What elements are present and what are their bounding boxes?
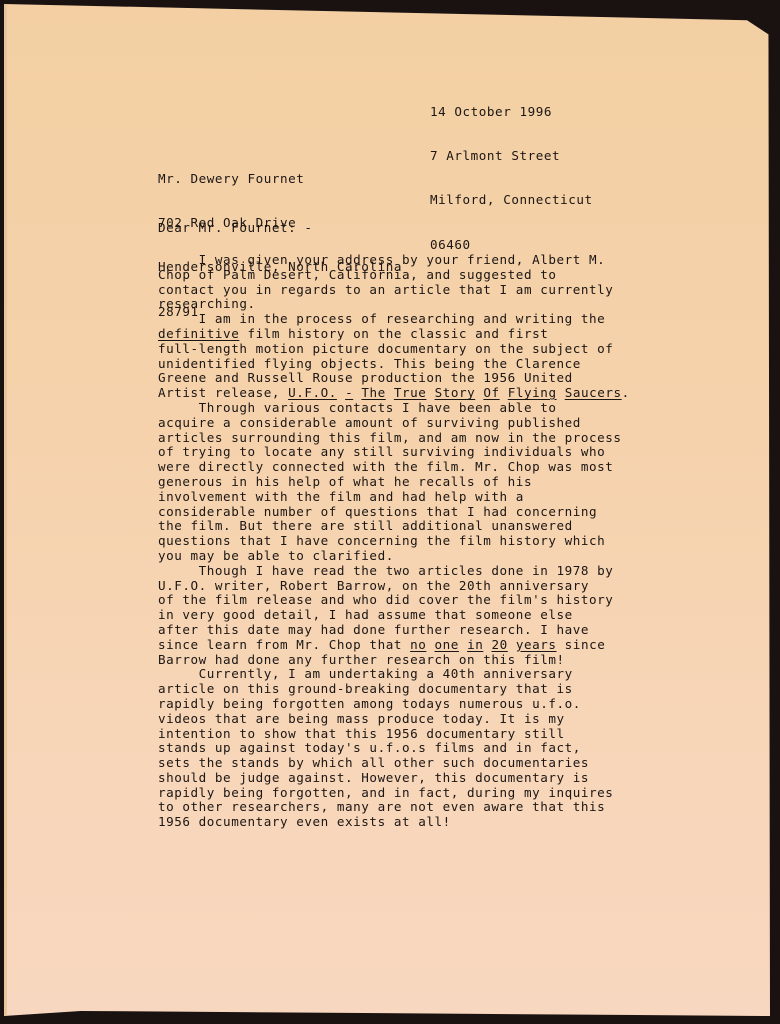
underlined-text: Story [435,385,476,400]
underlined-text: one [435,637,459,652]
body-line: I was given your address by your friend,… [158,253,630,268]
body-line: Artist release, U.F.O. - The True Story … [158,386,630,401]
underlined-text: in [467,637,483,652]
text-run: film history on the classic and first [239,326,548,341]
text-run: contact you in regards to an article tha… [158,282,613,297]
text-run: generous in his help of what he recalls … [158,474,532,489]
underlined-text: no [410,637,426,652]
text-run: 1956 documentary even exists at all! [158,814,451,829]
text-run: I was given your address by your friend,… [158,252,605,267]
text-run [459,637,467,652]
paper-edge [4,4,7,1016]
body-line: full-length motion picture documentary o… [158,342,630,357]
letter-date: 14 October 1996 [430,105,593,120]
body-line: U.F.O. writer, Robert Barrow, on the 20t… [158,579,630,594]
text-run: U.F.O. writer, Robert Barrow, on the 20t… [158,578,589,593]
body-line: acquire a considerable amount of survivi… [158,416,630,431]
body-line: sets the stands by which all other such … [158,756,630,771]
body-line: rapidly being forgotten, and in fact, du… [158,786,630,801]
text-run: the film. But there are still additional… [158,518,573,533]
body-line: Chop of Palm Desert, California, and sug… [158,268,630,283]
underlined-text: Saucers [565,385,622,400]
underlined-text: 20 [491,637,507,652]
text-run: involvement with the film and had help w… [158,489,524,504]
body-line: involvement with the film and had help w… [158,490,630,505]
text-run: after this date may had done further res… [158,622,589,637]
underlined-text: definitive [158,326,239,341]
text-run: to other researchers, many are not even … [158,799,605,814]
text-run: article on this ground-breaking document… [158,681,573,696]
body-line: considerable number of questions that I … [158,505,630,520]
body-line: were directly connected with the film. M… [158,460,630,475]
sender-city-state: Milford, Connecticut [430,193,593,208]
text-run: questions that I have concerning the fil… [158,533,605,548]
body-line: Through various contacts I have been abl… [158,401,630,416]
body-line: Though I have read the two articles done… [158,564,630,579]
underlined-text: U.F.O. [288,385,337,400]
underlined-text: True [394,385,427,400]
text-run: Barrow had done any further research on … [158,652,565,667]
text-run: sets the stands by which all other such … [158,755,589,770]
body-line: Greene and Russell Rouse production the … [158,371,630,386]
text-run: were directly connected with the film. M… [158,459,613,474]
text-run: rapidly being forgotten, and in fact, du… [158,785,613,800]
body-line: after this date may had done further res… [158,623,630,638]
sender-street: 7 Arlmont Street [430,149,593,164]
letter-page: 14 October 1996 7 Arlmont Street Milford… [4,4,770,1016]
text-run [386,385,394,400]
underlined-text: The [361,385,385,400]
text-run: I am in the process of researching and w… [158,311,605,326]
body-line: generous in his help of what he recalls … [158,475,630,490]
body-line: should be judge against. However, this d… [158,771,630,786]
underlined-text: Flying [508,385,557,400]
body-line: stands up against today's u.f.o.s films … [158,741,630,756]
underlined-text: years [516,637,557,652]
body-line: 1956 documentary even exists at all! [158,815,630,830]
body-line: Barrow had done any further research on … [158,653,630,668]
text-run: full-length motion picture documentary o… [158,341,613,356]
underlined-text: - [345,385,353,400]
body-line: articles surrounding this film, and am n… [158,431,630,446]
text-run: Artist release, [158,385,288,400]
text-run [426,637,434,652]
body-line: definitive film history on the classic a… [158,327,630,342]
text-run: stands up against today's u.f.o.s films … [158,740,581,755]
text-run: in very good detail, I had assume that s… [158,607,573,622]
text-run: of the film release and who did cover th… [158,592,613,607]
text-run [508,637,516,652]
body-line: since learn from Mr. Chop that no one in… [158,638,630,653]
body-line: unidentified flying objects. This being … [158,357,630,372]
letter-body: I was given your address by your friend,… [158,253,630,830]
body-line: you may be able to clarified. [158,549,630,564]
body-line: researching. [158,297,630,312]
recipient-name: Mr. Dewery Fournet [158,172,402,187]
text-run: articles surrounding this film, and am n… [158,430,622,445]
text-run: . [622,385,630,400]
body-line: I am in the process of researching and w… [158,312,630,327]
text-run: Greene and Russell Rouse production the … [158,370,573,385]
body-line: intention to show that this 1956 documen… [158,727,630,742]
body-line: rapidly being forgotten among todays num… [158,697,630,712]
text-run: should be judge against. However, this d… [158,770,589,785]
text-run [500,385,508,400]
text-run: since [557,637,606,652]
body-line: article on this ground-breaking document… [158,682,630,697]
text-run [557,385,565,400]
text-run: videos that are being mass produce today… [158,711,565,726]
body-line: in very good detail, I had assume that s… [158,608,630,623]
body-line: of trying to locate any still surviving … [158,445,630,460]
text-run: Though I have read the two articles done… [158,563,613,578]
salutation: Dear Mr. Fournet: - [158,221,313,236]
text-run [337,385,345,400]
underlined-text: Of [483,385,499,400]
text-run: of trying to locate any still surviving … [158,444,605,459]
text-run: Currently, I am undertaking a 40th anniv… [158,666,573,681]
body-line: contact you in regards to an article tha… [158,283,630,298]
body-line: videos that are being mass produce today… [158,712,630,727]
text-run [426,385,434,400]
body-line: questions that I have concerning the fil… [158,534,630,549]
text-run: you may be able to clarified. [158,548,394,563]
text-run: Through various contacts I have been abl… [158,400,556,415]
text-run: researching. [158,296,256,311]
text-run: since learn from Mr. Chop that [158,637,410,652]
body-line: Currently, I am undertaking a 40th anniv… [158,667,630,682]
text-run: acquire a considerable amount of survivi… [158,415,581,430]
body-line: the film. But there are still additional… [158,519,630,534]
text-run: Chop of Palm Desert, California, and sug… [158,267,556,282]
body-line: of the film release and who did cover th… [158,593,630,608]
text-run: unidentified flying objects. This being … [158,356,581,371]
text-run: intention to show that this 1956 documen… [158,726,565,741]
sender-zip: 06460 [430,238,593,253]
body-line: to other researchers, many are not even … [158,800,630,815]
text-run: considerable number of questions that I … [158,504,597,519]
text-run: rapidly being forgotten among todays num… [158,696,581,711]
